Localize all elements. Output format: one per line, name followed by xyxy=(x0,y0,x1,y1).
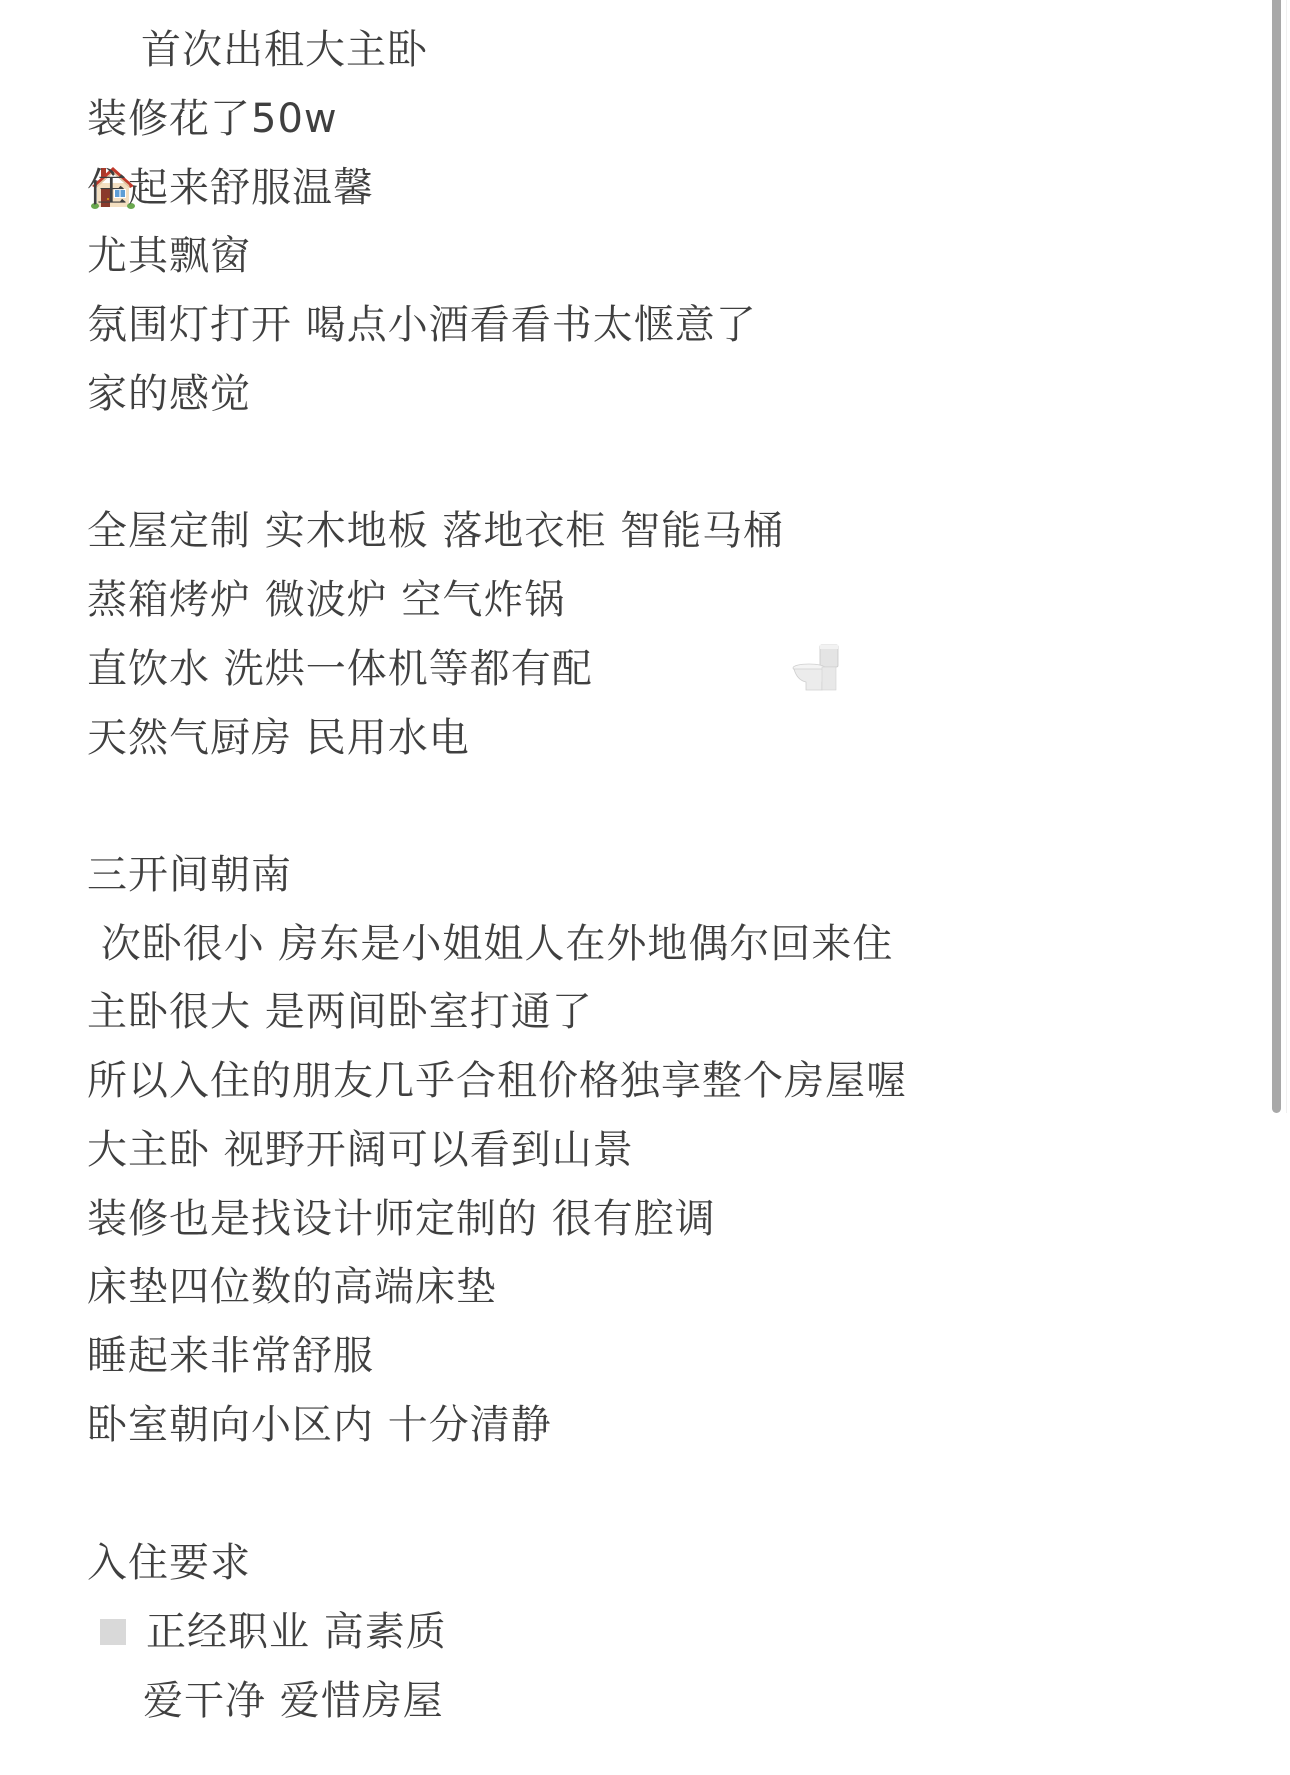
line-text: 蒸箱烤炉 微波炉 空气炸锅 xyxy=(87,566,565,634)
bullet-square-icon xyxy=(100,1619,126,1645)
line-text: 床垫四位数的高端床垫 xyxy=(87,1253,497,1321)
text-line: 住起来舒服温馨 xyxy=(87,154,374,222)
line-text: 次卧很小 房东是小姐姐人在外地偶尔回来住 xyxy=(87,910,893,978)
scrollbar-track-edge xyxy=(1286,0,1287,1113)
bullet-text: 正经职业 高素质 xyxy=(146,1598,447,1666)
line-text: 装修花了50w xyxy=(87,85,338,153)
bullet-item: 正经职业 高素质 xyxy=(100,1598,447,1666)
line-text: 直饮水 洗烘一体机等都有配 xyxy=(87,635,593,703)
line-text: 家的感觉 xyxy=(87,360,251,428)
line-text: 氛围灯打开 喝点小酒看看书太惬意了 xyxy=(87,291,757,359)
text-line: 全屋定制 实木地板 落地衣柜 智能马桶 xyxy=(87,497,842,565)
note-body: 首次出租大主卧 装修花了50w 住起来舒服温馨 尤其飘窗 氛围灯打开 喝点小酒看… xyxy=(0,0,1290,1775)
vertical-scrollbar[interactable] xyxy=(1272,0,1281,1113)
line-text: 睡起来非常舒服 xyxy=(87,1322,374,1390)
title-text: 首次出租大主卧 xyxy=(141,16,428,84)
toilet-icon xyxy=(792,506,842,556)
heading-text: 入住要求 xyxy=(87,1529,251,1597)
text-line: 氛围灯打开 喝点小酒看看书太惬意了 xyxy=(87,291,757,359)
text-line: 次卧很小 房东是小姐姐人在外地偶尔回来住 xyxy=(87,910,893,978)
text-line: 尤其飘窗 xyxy=(87,222,251,290)
text-line: 卧室朝向小区内 十分清静 xyxy=(87,1391,552,1459)
text-line: 睡起来非常舒服 xyxy=(87,1322,374,1390)
text-line: 所以入住的朋友几乎合租价格独享整个房屋喔 xyxy=(87,1047,907,1115)
note-title: 首次出租大主卧 xyxy=(87,16,428,84)
text-line: 家的感觉 xyxy=(87,360,251,428)
line-text: 大主卧 视野开阔可以看到山景 xyxy=(87,1116,634,1184)
text-line: 装修花了50w xyxy=(87,85,338,153)
continuation-text: 爱干净 爱惜房屋 xyxy=(143,1667,444,1735)
text-line: 床垫四位数的高端床垫 xyxy=(87,1253,497,1321)
text-line: 直饮水 洗烘一体机等都有配 xyxy=(87,635,593,703)
line-text: 三开间朝南 xyxy=(87,841,292,909)
house-icon xyxy=(88,25,138,75)
line-text: 主卧很大 是两间卧室打通了 xyxy=(87,978,593,1046)
line-text: 尤其飘窗 xyxy=(87,222,251,290)
line-text: 所以入住的朋友几乎合租价格独享整个房屋喔 xyxy=(87,1047,907,1115)
text-line: 装修也是找设计师定制的 很有腔调 xyxy=(87,1185,716,1253)
line-text: 全屋定制 实木地板 落地衣柜 智能马桶 xyxy=(87,497,784,565)
text-line: 大主卧 视野开阔可以看到山景 xyxy=(87,1116,634,1184)
text-line: 天然气厨房 民用水电 xyxy=(87,704,470,772)
line-text: 住起来舒服温馨 xyxy=(87,154,374,222)
bullet-continuation: 爱干净 爱惜房屋 xyxy=(143,1667,444,1735)
line-text: 卧室朝向小区内 十分清静 xyxy=(87,1391,552,1459)
requirements-heading: 入住要求 xyxy=(87,1529,251,1597)
text-line: 三开间朝南 xyxy=(87,841,292,909)
text-line: 蒸箱烤炉 微波炉 空气炸锅 xyxy=(87,566,565,634)
line-text: 天然气厨房 民用水电 xyxy=(87,704,470,772)
text-line: 主卧很大 是两间卧室打通了 xyxy=(87,978,593,1046)
line-text: 装修也是找设计师定制的 很有腔调 xyxy=(87,1185,716,1253)
